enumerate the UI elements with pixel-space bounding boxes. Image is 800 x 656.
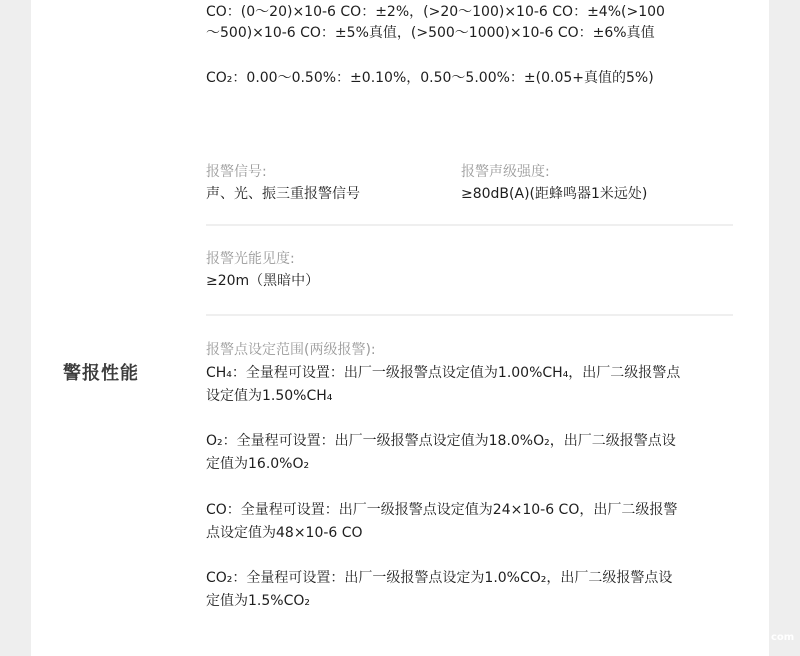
section-title: 警报性能: [63, 359, 139, 385]
ch4-setpoint-line1: CH₄：全量程可设置：出厂一级报警点设定值为1.00%CH₄，出厂二级报警点: [206, 361, 733, 385]
alarm-sound-value: ≥80dB(A)(距蜂鸣器1米远处): [461, 184, 647, 204]
co-setpoint-line1: CO：全量程可设置：出厂一级报警点设定值为24×10-6 CO，出厂二级报警: [206, 498, 733, 522]
divider: [206, 314, 733, 316]
o2-setpoint-line1: O₂：全量程可设置：出厂一级报警点设定值为18.0%O₂，出厂二级报警点设: [206, 429, 733, 453]
co2-accuracy: CO₂：0.00～0.50%：±0.10%，0.50～5.00%：±(0.05+…: [206, 66, 733, 90]
co2-setpoint-line1: CO₂：全量程可设置：出厂一级报警点设定为1.0%CO₂，出厂二级报警点设: [206, 566, 733, 590]
alarm-setpoint-label: 报警点设定范围(两级报警):: [206, 340, 376, 360]
watermark: com: [771, 632, 794, 643]
co-setpoint-line2: 点设定值为48×10-6 CO: [206, 521, 733, 545]
alarm-signal-value: 声、光、振三重报警信号: [206, 184, 360, 204]
alarm-signal-label: 报警信号:: [206, 162, 267, 182]
alarm-light-label: 报警光能见度:: [206, 249, 295, 269]
alarm-light-value: ≥20m（黑暗中）: [206, 271, 319, 291]
ch4-setpoint-line2: 设定值为1.50%CH₄: [206, 384, 733, 408]
o2-setpoint-line2: 定值为16.0%O₂: [206, 452, 733, 476]
co-accuracy-line2: ～500)×10-6 CO：±5%真值，(>500～1000)×10-6 CO：…: [206, 21, 733, 45]
co2-setpoint-line2: 定值为1.5%CO₂: [206, 589, 733, 613]
spec-card: 警报性能 CO：(0～20)×10-6 CO：±2%，(>20～100)×10-…: [31, 0, 769, 656]
alarm-sound-label: 报警声级强度:: [461, 162, 550, 182]
divider: [206, 224, 733, 226]
